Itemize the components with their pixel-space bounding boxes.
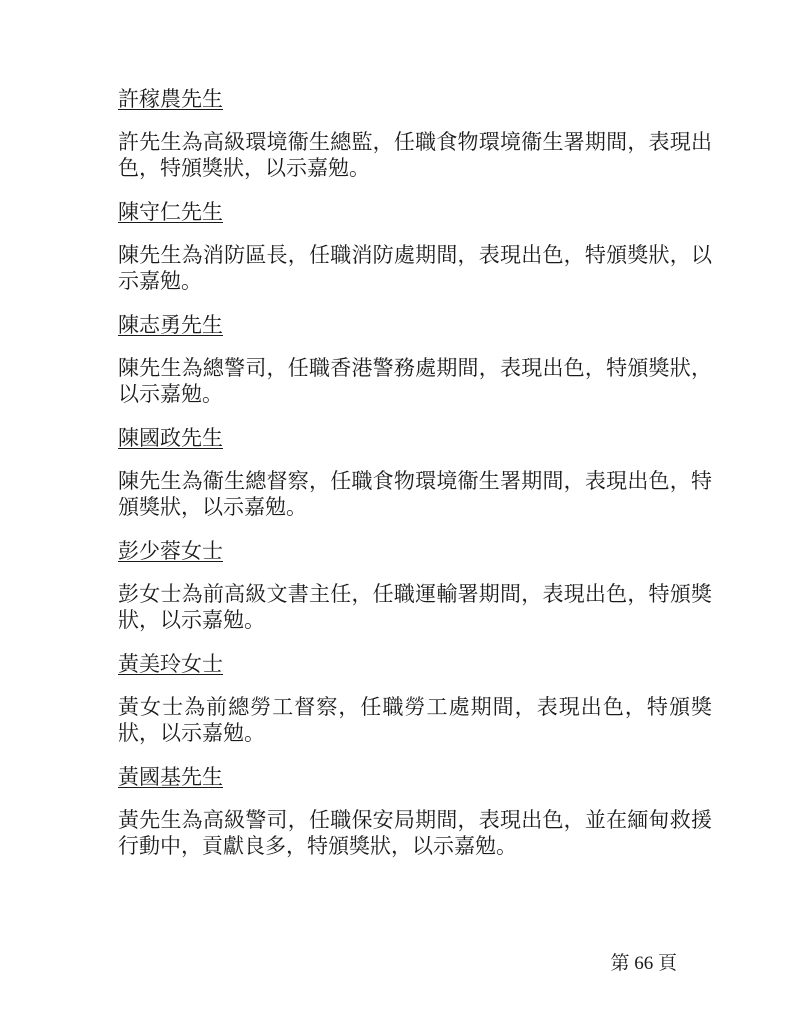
paragraph-line: 狀，以示嘉勉。 [118, 607, 712, 633]
paragraph-line: 以示嘉勉。 [118, 381, 712, 407]
commendation-paragraph: 黃先生為高級警司，任職保安局期間，表現出色，並在緬甸救援 行動中，貢獻良多，特頒… [118, 807, 712, 859]
commendation-entry: 陳守仁先生 陳先生為消防區長，任職消防處期間，表現出色，特頒獎狀，以 示嘉勉。 [118, 199, 712, 294]
commendation-entry: 陳國政先生 陳先生為衞生總督察，任職食物環境衞生署期間，表現出色，特 頒獎狀，以… [118, 425, 712, 520]
paragraph-line: 陳先生為消防區長，任職消防處期間，表現出色，特頒獎狀，以 [118, 242, 712, 268]
person-name-heading: 陳守仁先生 [118, 199, 712, 225]
paragraph-line: 頒獎狀，以示嘉勉。 [118, 494, 712, 520]
commendation-paragraph: 陳先生為總警司，任職香港警務處期間，表現出色，特頒獎狀， 以示嘉勉。 [118, 355, 712, 407]
page-number: 第 66 頁 [610, 952, 677, 976]
paragraph-line: 彭女士為前高級文書主任，任職運輸署期間，表現出色，特頒獎 [118, 581, 712, 607]
paragraph-line: 陳先生為衞生總督察，任職食物環境衞生署期間，表現出色，特 [118, 468, 712, 494]
paragraph-line: 示嘉勉。 [118, 268, 712, 294]
person-name-heading: 許稼農先生 [118, 86, 712, 112]
commendation-paragraph: 許先生為高級環境衞生總監，任職食物環境衞生署期間，表現出 色，特頒獎狀，以示嘉勉… [118, 129, 712, 181]
commendation-paragraph: 陳先生為消防區長，任職消防處期間，表現出色，特頒獎狀，以 示嘉勉。 [118, 242, 712, 294]
paragraph-line: 黃先生為高級警司，任職保安局期間，表現出色，並在緬甸救援 [118, 807, 712, 833]
paragraph-line: 陳先生為總警司，任職香港警務處期間，表現出色，特頒獎狀， [118, 355, 712, 381]
person-name-heading: 陳志勇先生 [118, 312, 712, 338]
document-body: 許稼農先生 許先生為高級環境衞生總監，任職食物環境衞生署期間，表現出 色，特頒獎… [118, 86, 712, 877]
paragraph-line: 行動中，貢獻良多，特頒獎狀，以示嘉勉。 [118, 833, 712, 859]
paragraph-line: 狀，以示嘉勉。 [118, 720, 712, 746]
person-name-heading: 黃國基先生 [118, 764, 712, 790]
commendation-paragraph: 陳先生為衞生總督察，任職食物環境衞生署期間，表現出色，特 頒獎狀，以示嘉勉。 [118, 468, 712, 520]
person-name-heading: 彭少蓉女士 [118, 538, 712, 564]
paragraph-line: 黃女士為前總勞工督察，任職勞工處期間，表現出色，特頒獎 [118, 694, 712, 720]
commendation-entry: 彭少蓉女士 彭女士為前高級文書主任，任職運輸署期間，表現出色，特頒獎 狀，以示嘉… [118, 538, 712, 633]
person-name-heading: 陳國政先生 [118, 425, 712, 451]
commendation-paragraph: 彭女士為前高級文書主任，任職運輸署期間，表現出色，特頒獎 狀，以示嘉勉。 [118, 581, 712, 633]
commendation-entry: 許稼農先生 許先生為高級環境衞生總監，任職食物環境衞生署期間，表現出 色，特頒獎… [118, 86, 712, 181]
document-page: 許稼農先生 許先生為高級環境衞生總監，任職食物環境衞生署期間，表現出 色，特頒獎… [0, 0, 791, 1024]
commendation-paragraph: 黃女士為前總勞工督察，任職勞工處期間，表現出色，特頒獎 狀，以示嘉勉。 [118, 694, 712, 746]
commendation-entry: 黃美玲女士 黃女士為前總勞工督察，任職勞工處期間，表現出色，特頒獎 狀，以示嘉勉… [118, 651, 712, 746]
commendation-entry: 陳志勇先生 陳先生為總警司，任職香港警務處期間，表現出色，特頒獎狀， 以示嘉勉。 [118, 312, 712, 407]
paragraph-line: 色，特頒獎狀，以示嘉勉。 [118, 155, 712, 181]
paragraph-line: 許先生為高級環境衞生總監，任職食物環境衞生署期間，表現出 [118, 129, 712, 155]
person-name-heading: 黃美玲女士 [118, 651, 712, 677]
commendation-entry: 黃國基先生 黃先生為高級警司，任職保安局期間，表現出色，並在緬甸救援 行動中，貢… [118, 764, 712, 859]
